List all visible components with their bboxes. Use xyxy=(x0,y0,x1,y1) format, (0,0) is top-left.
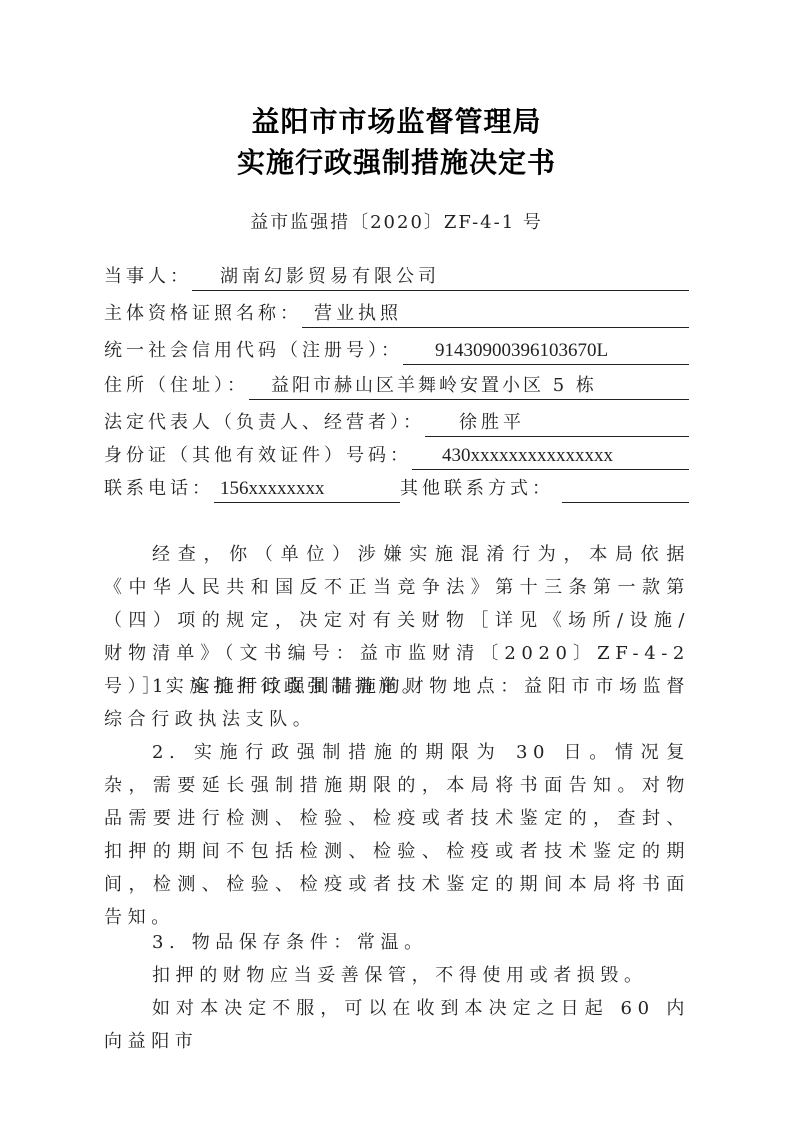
paragraph-appeal: 如对本决定不服，可以在收到本决定之日起 60 内向益阳市 xyxy=(104,992,690,1058)
license-name-label: 主体资格证照名称： xyxy=(104,300,302,328)
document-page: 益阳市市场监督管理局 实施行政强制措施决定书 益市监强措〔2020〕ZF-4-1… xyxy=(0,0,793,1122)
paragraph-item-location: 1. 实施行政强制措施的财物地点：益阳市市场监督综合行政执法支队。 xyxy=(104,670,690,736)
field-license-name: 主体资格证照名称： 营业执照 xyxy=(104,300,689,328)
field-contact: 联系电话： 156xxxxxxxx 其他联系方式： xyxy=(104,475,689,503)
field-legal-rep: 法定代表人（负责人、经营者）： 徐胜平 xyxy=(104,409,689,437)
document-number: 益市监强措〔2020〕ZF-4-1 号 xyxy=(0,210,793,236)
party-value: 湖南幻影贸易有限公司 xyxy=(192,264,689,291)
legal-rep-label: 法定代表人（负责人、经营者）： xyxy=(104,409,425,437)
id-number-value: 430xxxxxxxxxxxxxxx xyxy=(412,443,689,470)
credit-code-value: 91430900396103670L xyxy=(403,338,689,365)
paragraph-item-storage: 3. 物品保存条件：常温。 xyxy=(104,926,690,959)
phone-value: 156xxxxxxxx xyxy=(214,476,400,503)
field-id-number: 身份证（其他有效证件）号码： 430xxxxxxxxxxxxxxx xyxy=(104,442,689,470)
issuing-authority-title: 益阳市市场监督管理局 xyxy=(0,104,793,140)
other-contact-label: 其他联系方式： xyxy=(400,475,554,503)
document-title: 实施行政强制措施决定书 xyxy=(0,145,793,181)
paragraph-custody: 扣押的财物应当妥善保管，不得使用或者损毁。 xyxy=(104,959,690,992)
phone-label: 联系电话： xyxy=(104,475,214,503)
paragraph-item-duration: 2. 实施行政强制措施的期限为 30 日。情况复杂，需要延长强制措施期限的，本局… xyxy=(104,736,690,934)
legal-rep-value: 徐胜平 xyxy=(425,410,689,437)
address-label: 住所（住址）： xyxy=(104,372,249,400)
address-value: 益阳市赫山区羊舞岭安置小区 5 栋 xyxy=(249,373,689,400)
id-number-label: 身份证（其他有效证件）号码： xyxy=(104,442,412,470)
license-name-value: 营业执照 xyxy=(302,301,689,328)
field-address: 住所（住址）： 益阳市赫山区羊舞岭安置小区 5 栋 xyxy=(104,372,689,400)
other-contact-value xyxy=(562,476,689,503)
party-label: 当事人： xyxy=(104,263,192,291)
credit-code-label: 统一社会信用代码（注册号）： xyxy=(104,337,403,365)
field-credit-code: 统一社会信用代码（注册号）： 91430900396103670L xyxy=(104,337,689,365)
field-party: 当事人： 湖南幻影贸易有限公司 xyxy=(104,263,689,291)
